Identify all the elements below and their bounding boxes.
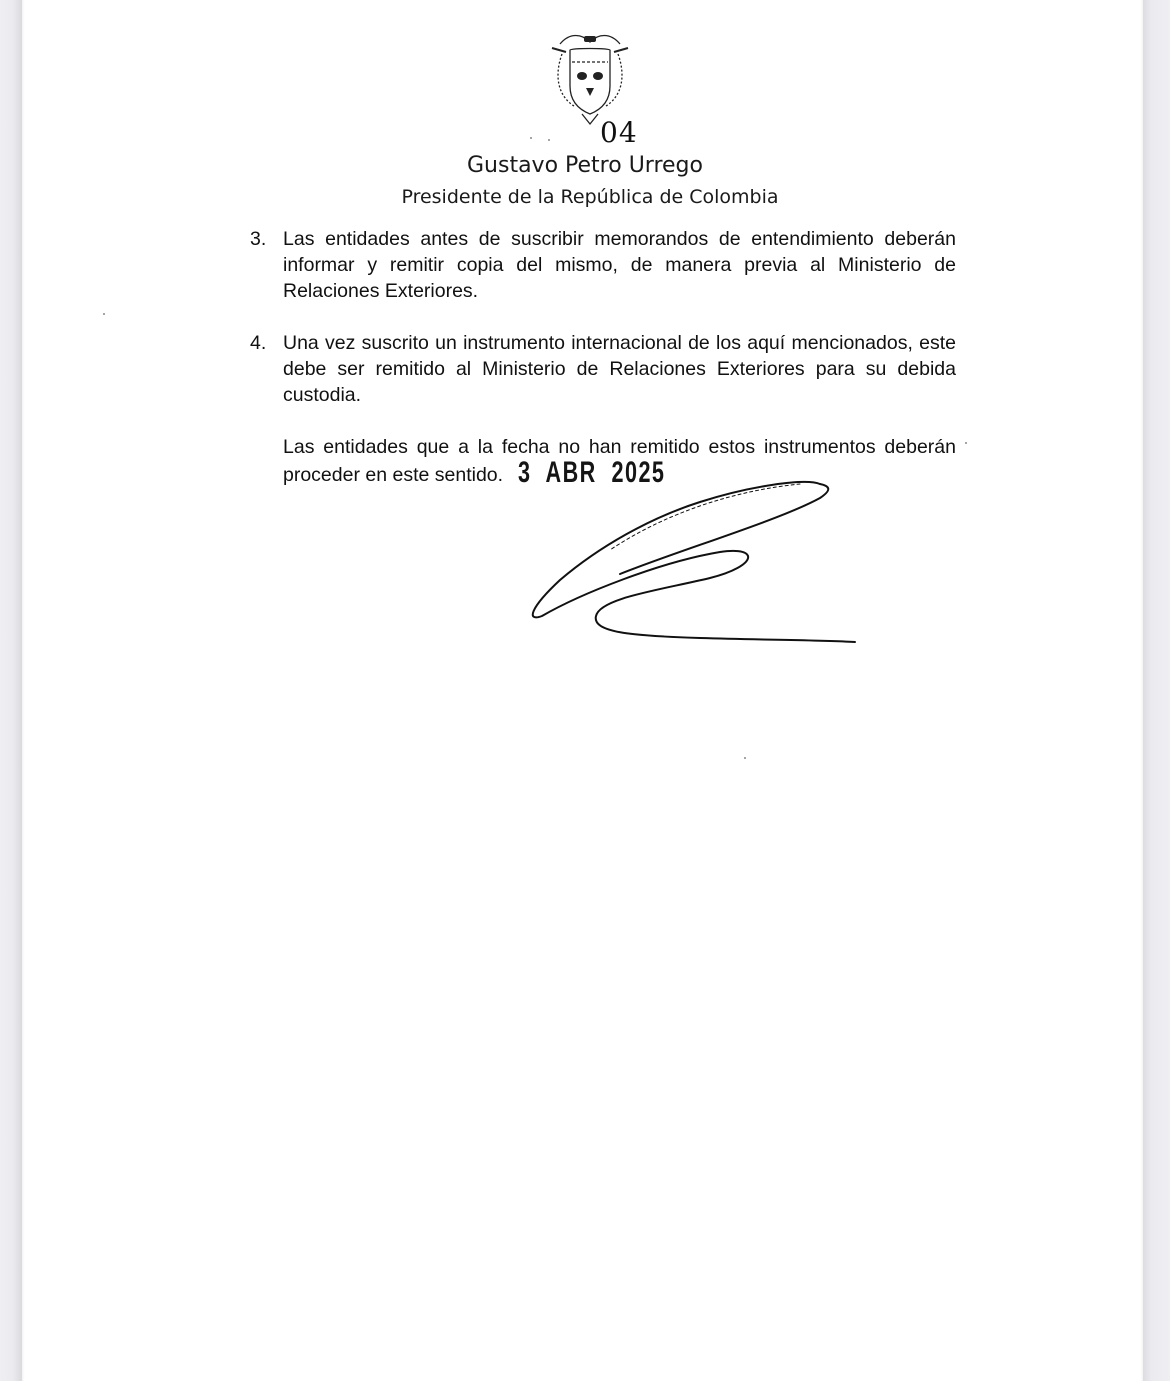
scan-speck: [744, 757, 746, 759]
signature-icon: [520, 470, 870, 660]
list-item: 4. Una vez suscrito un instrumento inter…: [250, 330, 956, 408]
scan-speck: [103, 313, 105, 315]
scan-speck: [530, 137, 532, 139]
document-number: 04: [600, 116, 638, 149]
list-item: 3. Las entidades antes de suscribir memo…: [250, 226, 956, 304]
scan-speck: [965, 442, 967, 444]
list-item-text: Una vez suscrito un instrumento internac…: [283, 330, 956, 408]
list-item-text: Las entidades antes de suscribir memoran…: [283, 226, 956, 304]
list-item-number: 4.: [250, 330, 266, 356]
list-item-number: 3.: [250, 226, 266, 252]
coat-of-arms-icon: [540, 26, 640, 126]
signer-name: Gustavo Petro Urrego: [0, 153, 1170, 178]
scan-speck: [548, 139, 550, 141]
signer-title: Presidente de la República de Colombia: [0, 186, 1170, 208]
